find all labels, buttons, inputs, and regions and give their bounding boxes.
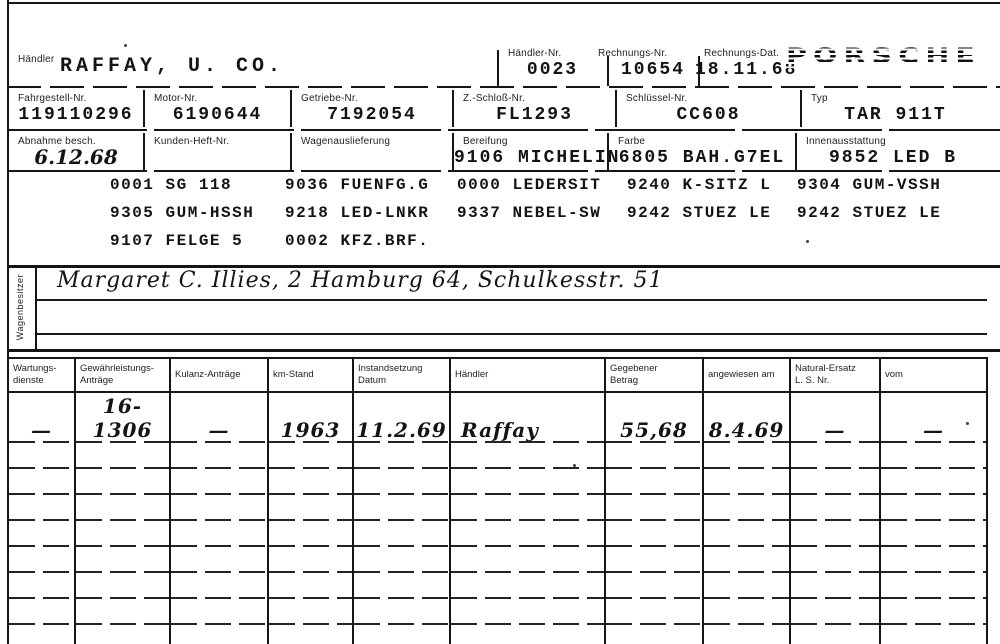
table-cell-empty [170, 573, 268, 599]
table-cell-empty [9, 495, 75, 521]
table-cell-empty [450, 495, 605, 521]
table-cell-empty [703, 469, 790, 495]
field-label: Fahrgestell-Nr. [9, 93, 143, 104]
field-bereifung: Bereifung 9106 MICHELIN [452, 133, 607, 170]
vehicle-id-row: Fahrgestell-Nr. 119110296 Motor-Nr. 6190… [9, 90, 989, 127]
table-cell-empty [450, 521, 605, 547]
table-row-empty [9, 495, 987, 521]
table-cell-empty [790, 573, 880, 599]
table-cell-empty [75, 599, 170, 625]
vehicle-record-card: Händler RAFFAY, U. CO. Händler-Nr. 0023 … [0, 0, 1000, 644]
option-code: 9242 STUEZ LE [797, 204, 987, 232]
dealer-label: Händler [18, 54, 54, 65]
table-cell-empty [703, 547, 790, 573]
table-cell-empty [268, 443, 353, 469]
option-code: 9240 K-SITZ L [627, 176, 797, 204]
table-cell-empty [353, 625, 450, 644]
table-cell-empty [75, 625, 170, 644]
table-cell-empty [353, 495, 450, 521]
owner-label: Wagenbesitzer [15, 274, 25, 340]
field-label: Wagenauslieferung [292, 136, 452, 147]
logo-stripes [786, 46, 994, 68]
field-label: Schlüssel-Nr. [617, 93, 800, 104]
field-zschloss: Z.-Schloß-Nr. FL1293 [452, 90, 615, 127]
option-code [457, 232, 627, 260]
table-cell-empty [170, 521, 268, 547]
table-cell-empty [9, 443, 75, 469]
option-code: 0000 LEDERSIT [457, 176, 627, 204]
table-cell: 8.4.69 [703, 392, 790, 443]
table-cell-empty [605, 469, 703, 495]
table-header-row: Wartungs- dienste Gewährleistungs- Anträ… [9, 358, 987, 392]
delivery-row: Abnahme besch. 6.12.68 Kunden-Heft-Nr. W… [9, 133, 989, 170]
field-value: 7192054 [292, 105, 452, 125]
card-top-border [7, 2, 1000, 4]
table-cell-empty [703, 573, 790, 599]
table-cell-empty [703, 599, 790, 625]
owner-writing-line [37, 333, 987, 335]
table-cell: Raffay [450, 392, 605, 443]
porsche-logo: PORSCHE [786, 46, 994, 68]
table-cell-empty [170, 469, 268, 495]
field-farbe: Farbe 6805 BAH.G7EL [607, 133, 795, 170]
option-code: 9107 FELGE 5 [110, 232, 285, 260]
table-cell-empty [170, 443, 268, 469]
table-cell-empty [880, 625, 987, 644]
option-code [627, 232, 797, 260]
table-row-empty [9, 443, 987, 469]
table-cell-empty [880, 573, 987, 599]
table-cell-empty [75, 521, 170, 547]
table-cell-empty [880, 469, 987, 495]
table-cell-empty [450, 469, 605, 495]
col-kulanz: Kulanz-Anträge [170, 358, 268, 392]
table-cell-empty [75, 443, 170, 469]
table-cell: 1963 [268, 392, 353, 443]
table-cell-empty [605, 599, 703, 625]
table-row-entry: — 16-1306 — 1963 11.2.69 Raffay 55,68 8.… [9, 392, 987, 443]
option-code: 0002 KFZ.BRF. [285, 232, 457, 260]
field-label: Getriebe-Nr. [292, 93, 452, 104]
field-innenausstattung: Innenausstattung 9852 LED B [795, 133, 989, 170]
owner-writing-line [37, 299, 987, 301]
table-cell-empty [605, 547, 703, 573]
table-cell-empty [880, 599, 987, 625]
table-cell-empty [353, 443, 450, 469]
table-cell-empty [268, 495, 353, 521]
service-table: Wartungs- dienste Gewährleistungs- Anträ… [9, 357, 988, 644]
field-label: Z.-Schloß-Nr. [454, 93, 615, 104]
service-table-body: — 16-1306 — 1963 11.2.69 Raffay 55,68 8.… [9, 392, 987, 644]
table-cell-empty [353, 599, 450, 625]
table-cell-empty [880, 547, 987, 573]
table-cell-empty [450, 443, 605, 469]
option-code: 9304 GUM-VSSH [797, 176, 987, 204]
col-naturalersatz: Natural-Ersatz L. S. Nr. [790, 358, 880, 392]
table-cell-empty [268, 625, 353, 644]
table-cell-empty [9, 547, 75, 573]
table-cell-empty [268, 573, 353, 599]
field-typ: Typ TAR 911T [800, 90, 989, 127]
table-cell-empty [450, 625, 605, 644]
col-instandsetzung: Instandsetzung Datum [353, 358, 450, 392]
table-cell-empty [605, 495, 703, 521]
option-code: 9305 GUM-HSSH [110, 204, 285, 232]
field-value: 9106 MICHELIN [454, 148, 607, 168]
table-cell-empty [605, 521, 703, 547]
table-cell-empty [75, 495, 170, 521]
section-divider [7, 170, 1000, 172]
dealer-no-value: 0023 [500, 60, 605, 80]
col-betrag: Gegebener Betrag [605, 358, 703, 392]
table-row-empty [9, 547, 987, 573]
table-cell-empty [75, 573, 170, 599]
table-cell-empty [605, 443, 703, 469]
table-cell-empty [75, 547, 170, 573]
option-code: 9242 STUEZ LE [627, 204, 797, 232]
field-value: 6190644 [145, 105, 290, 125]
table-cell-empty [353, 547, 450, 573]
scan-speck [124, 44, 127, 47]
option-codes: 0001 SG 118 9036 FUENFG.G 0000 LEDERSIT … [110, 176, 987, 260]
table-cell-empty [268, 521, 353, 547]
owner-box: Wagenbesitzer Margaret C. Illies, 2 Hamb… [9, 265, 1000, 352]
dealer-name: RAFFAY, U. CO. [60, 55, 284, 78]
table-cell-empty [880, 443, 987, 469]
table-cell-empty [450, 547, 605, 573]
table-cell-empty [790, 495, 880, 521]
table-cell-empty [790, 469, 880, 495]
section-divider [7, 129, 1000, 131]
table-cell-empty [703, 625, 790, 644]
field-value-handwritten: 6.12.68 [9, 145, 143, 169]
col-wartungsdienste: Wartungs- dienste [9, 358, 75, 392]
table-row-empty [9, 469, 987, 495]
field-label: Kunden-Heft-Nr. [145, 136, 290, 147]
field-kundenheft: Kunden-Heft-Nr. [143, 133, 290, 170]
table-cell: 16-1306 [75, 392, 170, 443]
table-cell-empty [790, 443, 880, 469]
table-cell-empty [880, 495, 987, 521]
col-kmstand: km-Stand [268, 358, 353, 392]
table-cell-empty [450, 599, 605, 625]
option-code: 0001 SG 118 [110, 176, 285, 204]
table-cell-empty [9, 469, 75, 495]
invoice-no-value: 10654 [608, 60, 698, 80]
table-row-empty [9, 573, 987, 599]
option-code: 9036 FUENFG.G [285, 176, 457, 204]
table-cell-empty [703, 521, 790, 547]
table-cell-empty [170, 599, 268, 625]
table-cell-empty [605, 625, 703, 644]
option-code: 9218 LED-LNKR [285, 204, 457, 232]
table-cell-empty [790, 547, 880, 573]
table-cell-empty [450, 573, 605, 599]
table-cell-empty [790, 521, 880, 547]
col-vom: vom [880, 358, 987, 392]
table-row-empty [9, 625, 987, 644]
table-cell-empty [268, 599, 353, 625]
table-cell: 11.2.69 [353, 392, 450, 443]
table-cell-empty [703, 443, 790, 469]
option-code: 9337 NEBEL-SW [457, 204, 627, 232]
col-gewaehrleistung: Gewährleistungs- Anträge [75, 358, 170, 392]
table-cell-empty [170, 495, 268, 521]
option-code [797, 232, 987, 260]
table-cell-empty [605, 573, 703, 599]
table-cell: 55,68 [605, 392, 703, 443]
invoice-date-label: Rechnungs-Dat. [704, 48, 779, 59]
section-divider [7, 86, 1000, 88]
table-cell-empty [9, 599, 75, 625]
field-schluessel: Schlüssel-Nr. CC608 [615, 90, 800, 127]
field-label: Bereifung [454, 136, 607, 147]
field-label: Typ [802, 93, 989, 104]
table-cell-empty [790, 625, 880, 644]
table-cell-empty [170, 625, 268, 644]
table-cell-empty [268, 547, 353, 573]
table-cell-empty [9, 573, 75, 599]
field-label: Innenausstattung [797, 136, 989, 147]
owner-sidebar: Wagenbesitzer [9, 268, 37, 349]
field-value: 119110296 [9, 105, 143, 125]
table-cell-empty [353, 573, 450, 599]
table-cell: — [9, 392, 75, 443]
table-cell: — [170, 392, 268, 443]
table-cell-empty [170, 547, 268, 573]
table-cell: — [880, 392, 987, 443]
table-row-empty [9, 521, 987, 547]
table-cell: — [790, 392, 880, 443]
table-cell-empty [75, 469, 170, 495]
table-cell-empty [268, 469, 353, 495]
field-fahrgestell: Fahrgestell-Nr. 119110296 [9, 90, 143, 127]
invoice-no-label: Rechnungs-Nr. [598, 48, 667, 59]
field-value: CC608 [617, 105, 800, 125]
table-cell-empty [703, 495, 790, 521]
field-value: 6805 BAH.G7EL [609, 148, 795, 168]
col-angewiesen: angewiesen am [703, 358, 790, 392]
field-value: TAR 911T [802, 105, 989, 125]
field-abnahme: Abnahme besch. 6.12.68 [9, 133, 143, 170]
owner-name-handwritten: Margaret C. Illies, 2 Hamburg 64, Schulk… [57, 268, 663, 293]
table-cell-empty [880, 521, 987, 547]
field-motor: Motor-Nr. 6190644 [143, 90, 290, 127]
field-value: FL1293 [454, 105, 615, 125]
table-cell-empty [353, 469, 450, 495]
dealer-no-label: Händler-Nr. [508, 48, 561, 59]
invoice-date-value: 18.11.68 [695, 60, 795, 80]
field-label: Motor-Nr. [145, 93, 290, 104]
table-cell-empty [9, 521, 75, 547]
field-separator [497, 50, 499, 86]
field-wagenauslieferung: Wagenauslieferung [290, 133, 452, 170]
table-cell-empty [9, 625, 75, 644]
table-cell-empty [790, 599, 880, 625]
field-value: 9852 LED B [797, 148, 989, 168]
table-cell-empty [353, 521, 450, 547]
field-label: Farbe [609, 136, 795, 147]
col-haendler: Händler [450, 358, 605, 392]
field-getriebe: Getriebe-Nr. 7192054 [290, 90, 452, 127]
table-row-empty [9, 599, 987, 625]
